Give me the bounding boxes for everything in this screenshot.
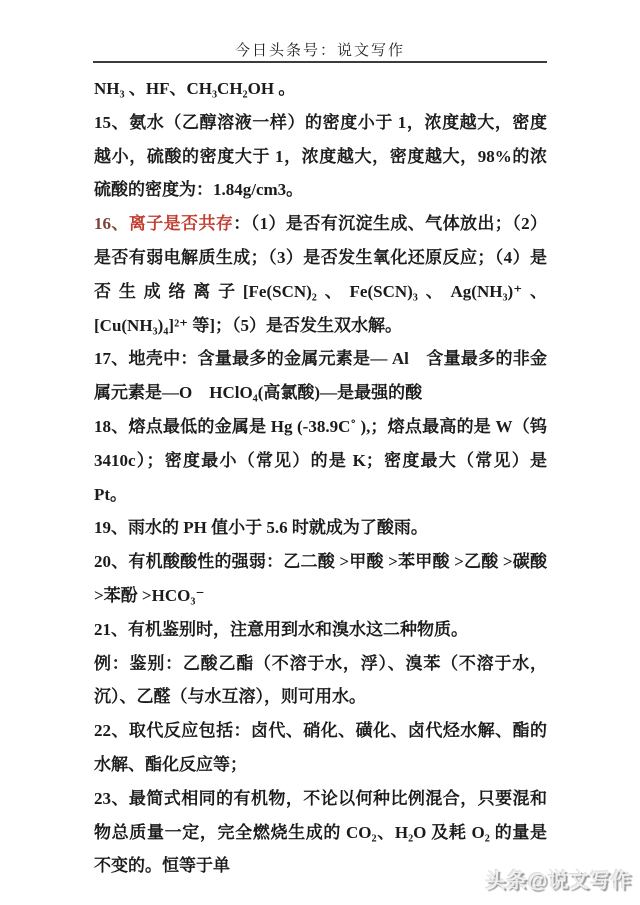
paragraph: 23、最简式相同的有机物，不论以何种比例混合，只要混和物总质量一定，完全燃烧生成… <box>94 782 547 883</box>
document-page: 今日头条号：说文写作 NH₃ 、HF、CH₃CH₂OH 。15、氨水（乙醇溶液一… <box>0 0 640 905</box>
paragraph: NH₃ 、HF、CH₃CH₂OH 。 <box>94 72 547 106</box>
paragraph: 18、熔点最低的金属是 Hg (-38.9C˚ ),；熔点最高的是 W（钨 34… <box>94 410 547 511</box>
paragraph-text: 22、取代反应包括：卤代、硝化、磺化、卤代烃水解、酯的水解、酯化反应等； <box>94 721 547 774</box>
page-header-title: 今日头条号：说文写作 <box>0 39 640 60</box>
paragraph-text: NH₃ 、HF、CH₃CH₂OH 。 <box>94 79 295 98</box>
watermark: 头条@说文写作 <box>485 864 632 893</box>
paragraph: 16、离子是否共存：（1）是否有沉淀生成、气体放出；（2）是否有弱电解质生成；（… <box>94 207 547 342</box>
paragraph-text: 21、有机鉴别时，注意用到水和溴水这二种物质。 <box>94 620 468 639</box>
paragraph-text: 17、地壳中：含量最多的金属元素是— Al 含量最多的非金属元素是—O HClO… <box>94 349 547 402</box>
paragraph: 19、雨水的 PH 值小于 5.6 时就成为了酸雨。 <box>94 511 547 545</box>
paragraph-text: 例：鉴别：乙酸乙酯（不溶于水，浮）、溴苯（不溶于水，沉）、乙醛（与水互溶），则可… <box>94 654 547 707</box>
highlighted-text: 离子是否共存 <box>129 214 233 233</box>
paragraph: 21、有机鉴别时，注意用到水和溴水这二种物质。 <box>94 613 547 647</box>
paragraph-text: 20、有机酸酸性的强弱：乙二酸 >甲酸 >苯甲酸 >乙酸 >碳酸 >苯酚 >HC… <box>94 552 551 605</box>
paragraph: 20、有机酸酸性的强弱：乙二酸 >甲酸 >苯甲酸 >乙酸 >碳酸 >苯酚 >HC… <box>94 545 547 613</box>
paragraph: 17、地壳中：含量最多的金属元素是— Al 含量最多的非金属元素是—O HClO… <box>94 342 547 410</box>
paragraph: 例：鉴别：乙酸乙酯（不溶于水，浮）、溴苯（不溶于水，沉）、乙醛（与水互溶），则可… <box>94 647 547 715</box>
paragraph: 22、取代反应包括：卤代、硝化、磺化、卤代烃水解、酯的水解、酯化反应等； <box>94 714 547 782</box>
paragraph: 15、氨水（乙醇溶液一样）的密度小于 1，浓度越大，密度越小，硫酸的密度大于 1… <box>94 106 547 207</box>
paragraph-text: 15、氨水（乙醇溶液一样）的密度小于 1，浓度越大，密度越小，硫酸的密度大于 1… <box>94 113 547 200</box>
paragraph-text: 19、雨水的 PH 值小于 5.6 时就成为了酸雨。 <box>94 518 428 537</box>
header-divider <box>93 61 547 63</box>
document-body: NH₃ 、HF、CH₃CH₂OH 。15、氨水（乙醇溶液一样）的密度小于 1，浓… <box>94 72 547 883</box>
paragraph-text: 23、最简式相同的有机物，不论以何种比例混合，只要混和物总质量一定，完全燃烧生成… <box>94 789 547 876</box>
highlighted-text: 16、 <box>94 214 129 233</box>
paragraph-text: 18、熔点最低的金属是 Hg (-38.9C˚ ),；熔点最高的是 W（钨 34… <box>94 417 551 504</box>
